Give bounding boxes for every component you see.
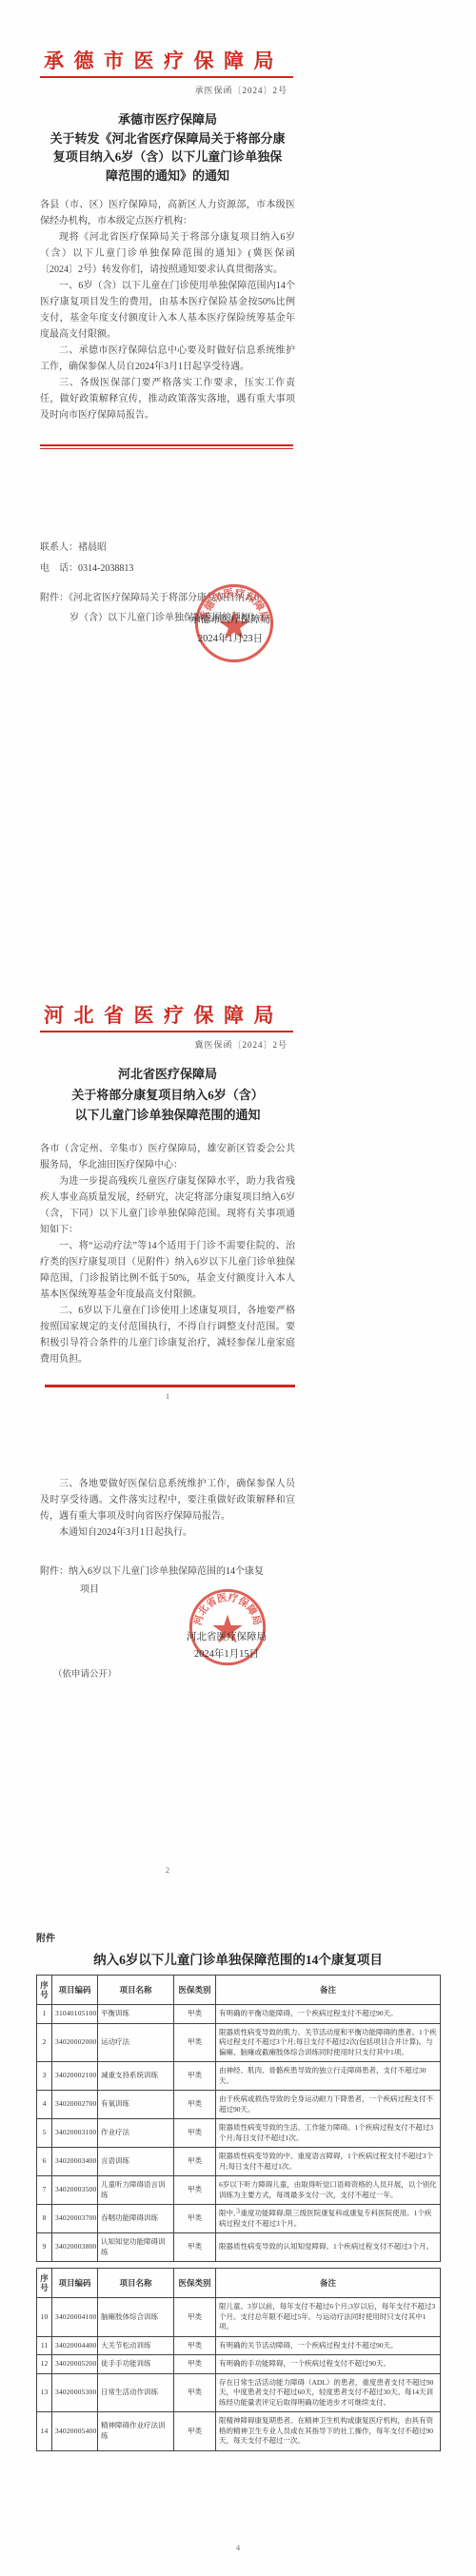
cell-note: 由神经、肌肉、骨骼疾患导致的独立行走障碍患者，支付不超过30天。 — [216, 2062, 441, 2091]
col-header-no: 序号 — [37, 1976, 52, 2005]
cell-code: 34020004100 — [52, 2298, 98, 2337]
cell-note: 限器质性病变导致的认知知觉障碍。1个疾病过程支付不超过3个月。 — [216, 2233, 441, 2262]
cell-category: 甲类 — [174, 2023, 216, 2062]
doc2-page2: 三、各地要做好医保信息系统维护工作，确保参保人员及时享受待遇。文件落实过程中，要… — [40, 1476, 295, 1599]
doc2-number: 冀医保函〔2024〕2号 — [40, 1038, 295, 1051]
cell-note: 有明确的关节活动障碍，一个疾病过程支付不超过90天。 — [216, 2336, 441, 2355]
cell-category: 甲类 — [174, 2176, 216, 2205]
cell-name: 徒手手功能训练 — [98, 2355, 174, 2374]
cell-no: 10 — [37, 2298, 52, 2337]
page-number-4: 4 — [36, 2543, 440, 2552]
doc2-salutation: 各市（含定州、辛集市）医疗保障局，雄安新区管委会公共服务局，华北油田医疗保障中心… — [40, 1141, 295, 1173]
doc1-paragraph: 一、6岁（含）以下儿童在门诊使用单独保障范围内14个医疗康复项目发生的费用，由基… — [40, 278, 295, 343]
doc2-paragraph: 一、将“运动疗法”等14个适用于门诊不需要住院的、治疗类的医疗康复项目（见附件）… — [40, 1238, 295, 1303]
table-row: 14 34020005400 精神障碍作业疗法训练 甲类 限精神障碍康复期患者。… — [37, 2412, 441, 2451]
rehab-table-page1: 序号 项目编码 项目名称 医保类别 备注 1 31040105100 平衡训练 … — [36, 1975, 441, 2262]
doc1-footer-rule — [40, 444, 293, 449]
cell-no: 5 — [37, 2119, 52, 2148]
cell-category: 甲类 — [174, 2091, 216, 2119]
doc2-paragraph: 二、6岁以下儿童在门诊使用上述康复项目，各地要严格按照国家规定的支付范围执行，不… — [40, 1303, 295, 1367]
cell-no: 2 — [37, 2023, 52, 2062]
doc1-title-line: 障范围的通知》的通知 — [40, 167, 295, 186]
cell-note: 限儿童。3岁以前，每年支付不超过6个月;3岁以后，每年支付不超过3个月。支付总年… — [216, 2298, 441, 2337]
doc1-chengde-notice: 承德市医疗保障局 承医保函〔2024〕2号 承德市医疗保障局 关于转发《河北省医… — [40, 48, 295, 628]
col-header-note: 备注 — [216, 1976, 441, 2005]
doc1-title-line: 承德市医疗保障局 — [40, 110, 295, 129]
doc2-title: 河北省医疗保障局 关于将部分康复项目纳入6岁（含） 以下儿童门诊单独保障范围的通… — [40, 1064, 295, 1126]
doc2-paragraph: 为进一步提高残疾儿童医疗康复保障水平，助力我省残疾人事业高质量发展，经研究，决定… — [40, 1173, 295, 1238]
table-row: 2 34020002000 运动疗法 甲类 限器质性病变导致的肌力、关节活动度和… — [37, 2023, 441, 2062]
page-number-3: 3 — [36, 2206, 440, 2215]
cell-name: 大关节松动训练 — [98, 2336, 174, 2355]
cell-code: 34020005400 — [52, 2412, 98, 2451]
doc1-paragraph: 三、各级医保部门要严格落实工作要求，压实工作责任，做好政策解释宣传，推动政策落实… — [40, 375, 295, 423]
doc2-signing-agency: 河北省医疗保障局 — [145, 1629, 308, 1646]
doc1-signature-block: 承德市医疗保障局 2024年1月23日 — [149, 611, 312, 649]
cell-no: 4 — [37, 2091, 52, 2119]
col-header-no: 序号 — [37, 2269, 52, 2298]
cell-name: 脑瘫肢体综合训练 — [98, 2298, 174, 2337]
cell-code: 34020005200 — [52, 2355, 98, 2374]
attachment-section-page4: 序号 项目编码 项目名称 医保类别 备注 10 34020004100 脑瘫肢体… — [36, 2268, 440, 2451]
doc2-page2-body: 三、各地要做好医保信息系统维护工作，确保参保人员及时享受待遇。文件落实过程中，要… — [40, 1476, 295, 1541]
cell-no: 11 — [37, 2336, 52, 2355]
cell-no: 9 — [37, 2233, 52, 2262]
cell-name: 言语训练 — [98, 2148, 174, 2176]
doc2-title-line: 以下儿童门诊单独保障范围的通知 — [40, 1105, 295, 1126]
attachment-table-title: 纳入6岁以下儿童门诊单独保障范围的14个康复项目 — [36, 1949, 440, 1968]
attachment-label: 附件 — [36, 1930, 440, 1944]
page-number-1: 1 — [40, 1391, 295, 1401]
page-number-2: 2 — [40, 1865, 295, 1875]
doc1-paragraph: 现将《河北省医疗保障局关于将部分康复项目纳入6岁（含）以下儿童门诊单独保障范围的… — [40, 229, 295, 278]
doc2-paragraph: 本通知自2024年3月1日起执行。 — [40, 1524, 295, 1541]
doc1-signing-agency: 承德市医疗保障局 — [149, 611, 312, 630]
cell-code: 31040105100 — [52, 2005, 98, 2024]
table-header-row: 序号 项目编码 项目名称 医保类别 备注 — [37, 2269, 441, 2298]
doc1-salutation: 各县（市、区）医疗保障局，高新区人力资源部，市本级医保经办机构，市本级定点医疗机… — [40, 197, 295, 229]
doc1-contact-phone: 电 话：0314-2038813 — [40, 559, 295, 580]
doc1-contact-person: 联系人：褚晨昭 — [40, 538, 295, 559]
cell-name: 儿童听力障碍语言训练 — [98, 2176, 174, 2205]
cell-code: 34020003400 — [52, 2148, 98, 2176]
doc1-body: 各县（市、区）医疗保障局，高新区人力资源部，市本级医保经办机构，市本级定点医疗机… — [40, 197, 295, 423]
cell-no: 12 — [37, 2355, 52, 2374]
doc2-disclosure-note: （依申请公开） — [53, 1666, 117, 1680]
cell-code: 34020002700 — [52, 2091, 98, 2119]
col-header-code: 项目编码 — [52, 1976, 98, 2005]
cell-note: 有明确的平衡功能障碍，一个疾病过程支付不超过90天。 — [216, 2005, 441, 2024]
cell-category: 甲类 — [174, 2005, 216, 2024]
cell-name: 有氧训练 — [98, 2091, 174, 2119]
cell-name: 日常生活动作训练 — [98, 2373, 174, 2412]
table-row: 10 34020004100 脑瘫肢体综合训练 甲类 限儿童。3岁以前，每年支付… — [37, 2298, 441, 2337]
cell-note: 限器质性病变导致的中、重度语言障碍，1个疾病过程支付不超过3个月;每日支付不超过… — [216, 2148, 441, 2176]
doc2-paragraph: 三、各地要做好医保信息系统维护工作，确保参保人员及时享受待遇。文件落实过程中，要… — [40, 1476, 295, 1524]
table-row: 11 34020004400 大关节松动训练 甲类 有明确的关节活动障碍，一个疾… — [37, 2336, 441, 2355]
col-header-name: 项目名称 — [98, 1976, 174, 2005]
cell-no: 1 — [37, 2005, 52, 2024]
doc1-header-rule — [40, 76, 293, 78]
cell-code: 34020003500 — [52, 2176, 98, 2205]
cell-no: 14 — [37, 2412, 52, 2451]
doc1-title: 承德市医疗保障局 关于转发《河北省医疗保障局关于将部分康 复项目纳入6岁（含）以… — [40, 110, 295, 185]
doc1-paragraph: 二、承德市医疗保障信息中心要及时做好信息系统维护工作，确保参保人员自2024年3… — [40, 343, 295, 375]
doc1-number: 承医保函〔2024〕2号 — [40, 84, 295, 96]
cell-category: 甲类 — [174, 2412, 216, 2451]
doc2-body: 各市（含定州、辛集市）医疗保障局，雄安新区管委会公共服务局，华北油田医疗保障中心… — [40, 1141, 295, 1367]
cell-name: 作业疗法 — [98, 2119, 174, 2148]
table-row: 9 34020003800 认知知觉功能障碍训练 甲类 限器质性病变导致的认知知… — [37, 2233, 441, 2262]
cell-name: 运动疗法 — [98, 2023, 174, 2062]
scanned-document-page: 承德市医疗保障局 承医保函〔2024〕2号 承德市医疗保障局 关于转发《河北省医… — [0, 0, 476, 2576]
cell-category: 甲类 — [174, 2233, 216, 2262]
doc1-signing-date: 2024年1月23日 — [149, 630, 312, 649]
cell-no: 6 — [37, 2148, 52, 2176]
table-row: 4 34020002700 有氧训练 甲类 由于疾病或损伤导致的全身运动耐力下降… — [37, 2091, 441, 2119]
cell-name: 认知知觉功能障碍训练 — [98, 2233, 174, 2262]
cell-no: 3 — [37, 2062, 52, 2091]
doc2-hebei-notice: 河北省医疗保障局 冀医保函〔2024〕2号 河北省医疗保障局 关于将部分康复项目… — [40, 1002, 295, 1367]
cell-name: 精神障碍作业疗法训练 — [98, 2412, 174, 2451]
table-row: 3 34020002100 减重支持系统训练 甲类 由神经、肌肉、骨骼疾患导致的… — [37, 2062, 441, 2091]
table-header-row: 序号 项目编码 项目名称 医保类别 备注 — [37, 1976, 441, 2005]
rehab-table-page2: 序号 项目编码 项目名称 医保类别 备注 10 34020004100 脑瘫肢体… — [36, 2268, 441, 2451]
doc2-signature-block: 河北省医疗保障局 2024年1月15日 — [145, 1629, 308, 1663]
cell-category: 甲类 — [174, 2119, 216, 2148]
cell-code: 34020003100 — [52, 2119, 98, 2148]
cell-category: 甲类 — [174, 2336, 216, 2355]
doc2-header-rule — [40, 1031, 293, 1032]
table-row: 13 34020005300 日常生活动作训练 甲类 存在日常生活活动能力障碍（… — [37, 2373, 441, 2412]
table-row: 5 34020003100 作业疗法 甲类 限器质性病变导致的生活、工作能力障碍… — [37, 2119, 441, 2148]
col-header-code: 项目编码 — [52, 2269, 98, 2298]
cell-name: 减重支持系统训练 — [98, 2062, 174, 2091]
doc2-agency-header: 河北省医疗保障局 — [40, 1002, 295, 1029]
doc2-signing-date: 2024年1月15日 — [145, 1646, 308, 1663]
doc2-page1-footer-rule — [45, 1385, 295, 1387]
cell-code: 34020003800 — [52, 2233, 98, 2262]
doc1-title-line: 复项目纳入6岁（含）以下儿童门诊单独保 — [40, 147, 295, 167]
table-row: 7 34020003500 儿童听力障碍语言训练 甲类 6岁以下听力障碍儿童，由… — [37, 2176, 441, 2205]
table-row: 6 34020003400 言语训练 甲类 限器质性病变导致的中、重度语言障碍，… — [37, 2148, 441, 2176]
col-header-category: 医保类别 — [174, 1976, 216, 2005]
col-header-name: 项目名称 — [98, 2269, 174, 2298]
cell-name: 平衡训练 — [98, 2005, 174, 2024]
cell-no: 7 — [37, 2176, 52, 2205]
doc1-contact-block: 联系人：褚晨昭 电 话：0314-2038813 — [40, 538, 295, 580]
table-row: 1 31040105100 平衡训练 甲类 有明确的平衡功能障碍，一个疾病过程支… — [37, 2005, 441, 2024]
cell-category: 甲类 — [174, 2355, 216, 2374]
col-header-note: 备注 — [216, 2269, 441, 2298]
cell-note: 由于疾病或损伤导致的全身运动耐力下降患者，一个疾病过程支付不超过90天。 — [216, 2091, 441, 2119]
col-header-category: 医保类别 — [174, 2269, 216, 2298]
doc2-title-line: 关于将部分康复项目纳入6岁（含） — [40, 1085, 295, 1106]
cell-category: 甲类 — [174, 2062, 216, 2091]
doc2-attachment-line: 附件：纳入6岁以下儿童门诊单独保障范围的14个康复 — [40, 1563, 295, 1581]
cell-code: 34020002000 — [52, 2023, 98, 2062]
cell-category: 甲类 — [174, 2373, 216, 2412]
cell-note: 6岁以下听力障碍儿童，由取得听觉口语师资格的人员开展，以个别化训练为主要方式，每… — [216, 2176, 441, 2205]
cell-no: 13 — [37, 2373, 52, 2412]
cell-note: 有明确的手功能障碍，一个疾病过程支付不超过90天。 — [216, 2355, 441, 2374]
cell-note: 存在日常生活活动能力障碍（ADL）的患者，重度患者支付不超过90天，中度患者支付… — [216, 2373, 441, 2412]
cell-category: 甲类 — [174, 2298, 216, 2337]
cell-code: 34020002100 — [52, 2062, 98, 2091]
doc1-agency-header: 承德市医疗保障局 — [40, 48, 295, 74]
cell-note: 限器质性病变导致的生活、工作能力障碍。1个疾病过程支付不超过3个月;每日支付不超… — [216, 2119, 441, 2148]
doc2-title-line: 河北省医疗保障局 — [40, 1064, 295, 1085]
cell-code: 34020004400 — [52, 2336, 98, 2355]
cell-note: 限器质性病变导致的肌力、关节活动度和平衡功能障碍的患者。1个疾病过程支付不超过3… — [216, 2023, 441, 2062]
cell-code: 34020005300 — [52, 2373, 98, 2412]
doc1-title-line: 关于转发《河北省医疗保障局关于将部分康 — [40, 129, 295, 148]
table-row: 12 34020005200 徒手手功能训练 甲类 有明确的手功能障碍，一个疾病… — [37, 2355, 441, 2374]
cell-category: 甲类 — [174, 2148, 216, 2176]
cell-note: 限精神障碍康复期患者。在精神卫生机构或康复医疗机构，由具有资格的精神卫生专业人员… — [216, 2412, 441, 2451]
